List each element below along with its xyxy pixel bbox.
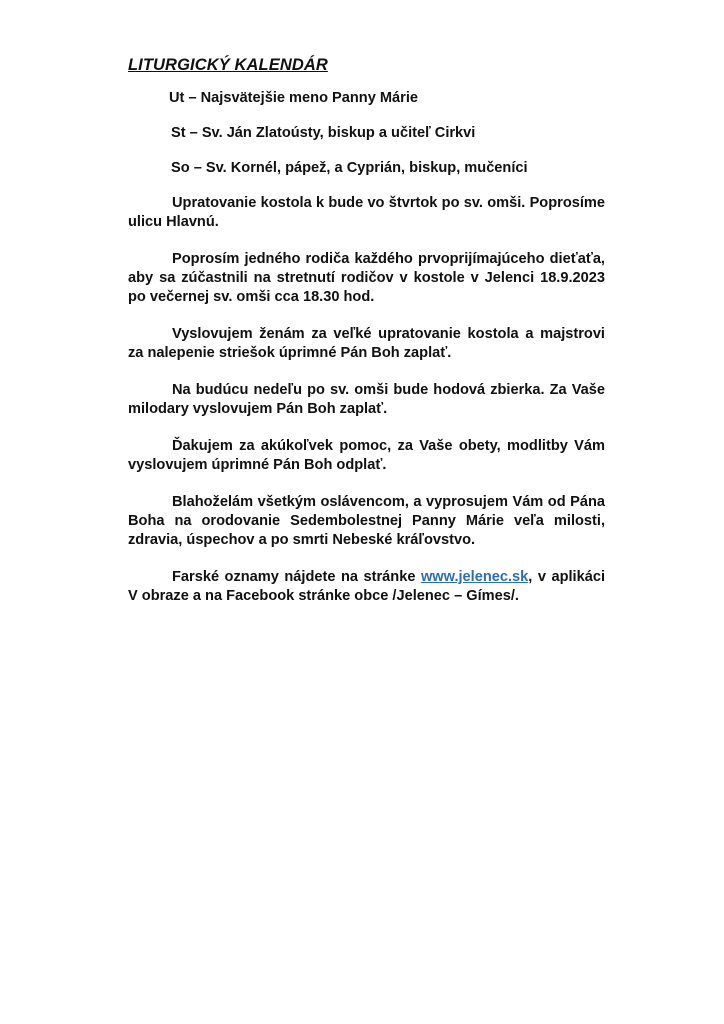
announcement-thanks-cleaning: Vyslovujem ženám za veľké upratovanie ko… (128, 325, 605, 363)
calendar-item-saturday: So – Sv. Kornél, pápež, a Cyprián, bisku… (128, 159, 605, 178)
document-page: LITURGICKÝ KALENDÁR Ut – Najsvätejšie me… (128, 56, 605, 624)
announcement-collection: Na budúcu nedeľu po sv. omši bude hodová… (128, 381, 605, 419)
website-link[interactable]: www.jelenec.sk (421, 569, 528, 585)
website-text-before: Farské oznamy nájdete na stránke (172, 569, 421, 585)
calendar-item-tuesday: Ut – Najsvätejšie meno Panny Márie (128, 89, 605, 108)
announcement-cleaning: Upratovanie kostola k bude vo štvrtok po… (128, 194, 605, 232)
announcement-birthdays: Blahoželám všetkým oslávencom, a vyprosu… (128, 493, 605, 550)
announcement-thanks-help: Ďakujem za akúkoľvek pomoc, za Vaše obet… (128, 437, 605, 475)
announcement-website: Farské oznamy nájdete na stránke www.jel… (128, 568, 605, 606)
page-title: LITURGICKÝ KALENDÁR (128, 56, 605, 75)
calendar-item-wednesday: St – Sv. Ján Zlatoústy, biskup a učiteľ … (128, 124, 605, 143)
announcement-parents-meeting: Poprosím jedného rodiča každého prvoprij… (128, 250, 605, 307)
